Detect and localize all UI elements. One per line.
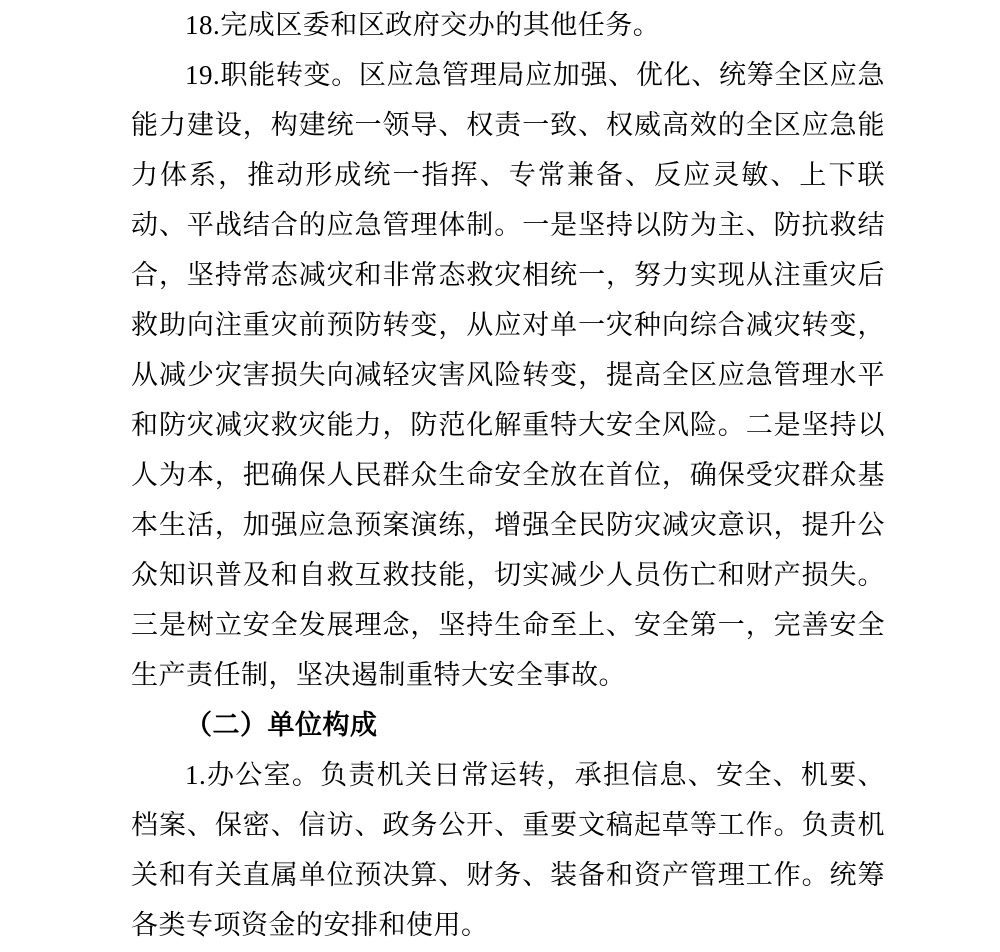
paragraph-item-1-general-office: 1.办公室。负责机关日常运转，承担信息、安全、机要、档案、保密、信访、政务公开、… — [131, 750, 885, 950]
section-heading-unit-composition: （二）单位构成 — [131, 700, 885, 750]
document-page: 18.完成区委和区政府交办的其他任务。 19.职能转变。区应急管理局应加强、优化… — [0, 0, 1000, 952]
paragraph-item-19-function-transformation: 19.职能转变。区应急管理局应加强、优化、统筹全区应急能力建设，构建统一领导、权… — [131, 50, 885, 700]
paragraph-item-18-other-tasks: 18.完成区委和区政府交办的其他任务。 — [131, 0, 885, 50]
